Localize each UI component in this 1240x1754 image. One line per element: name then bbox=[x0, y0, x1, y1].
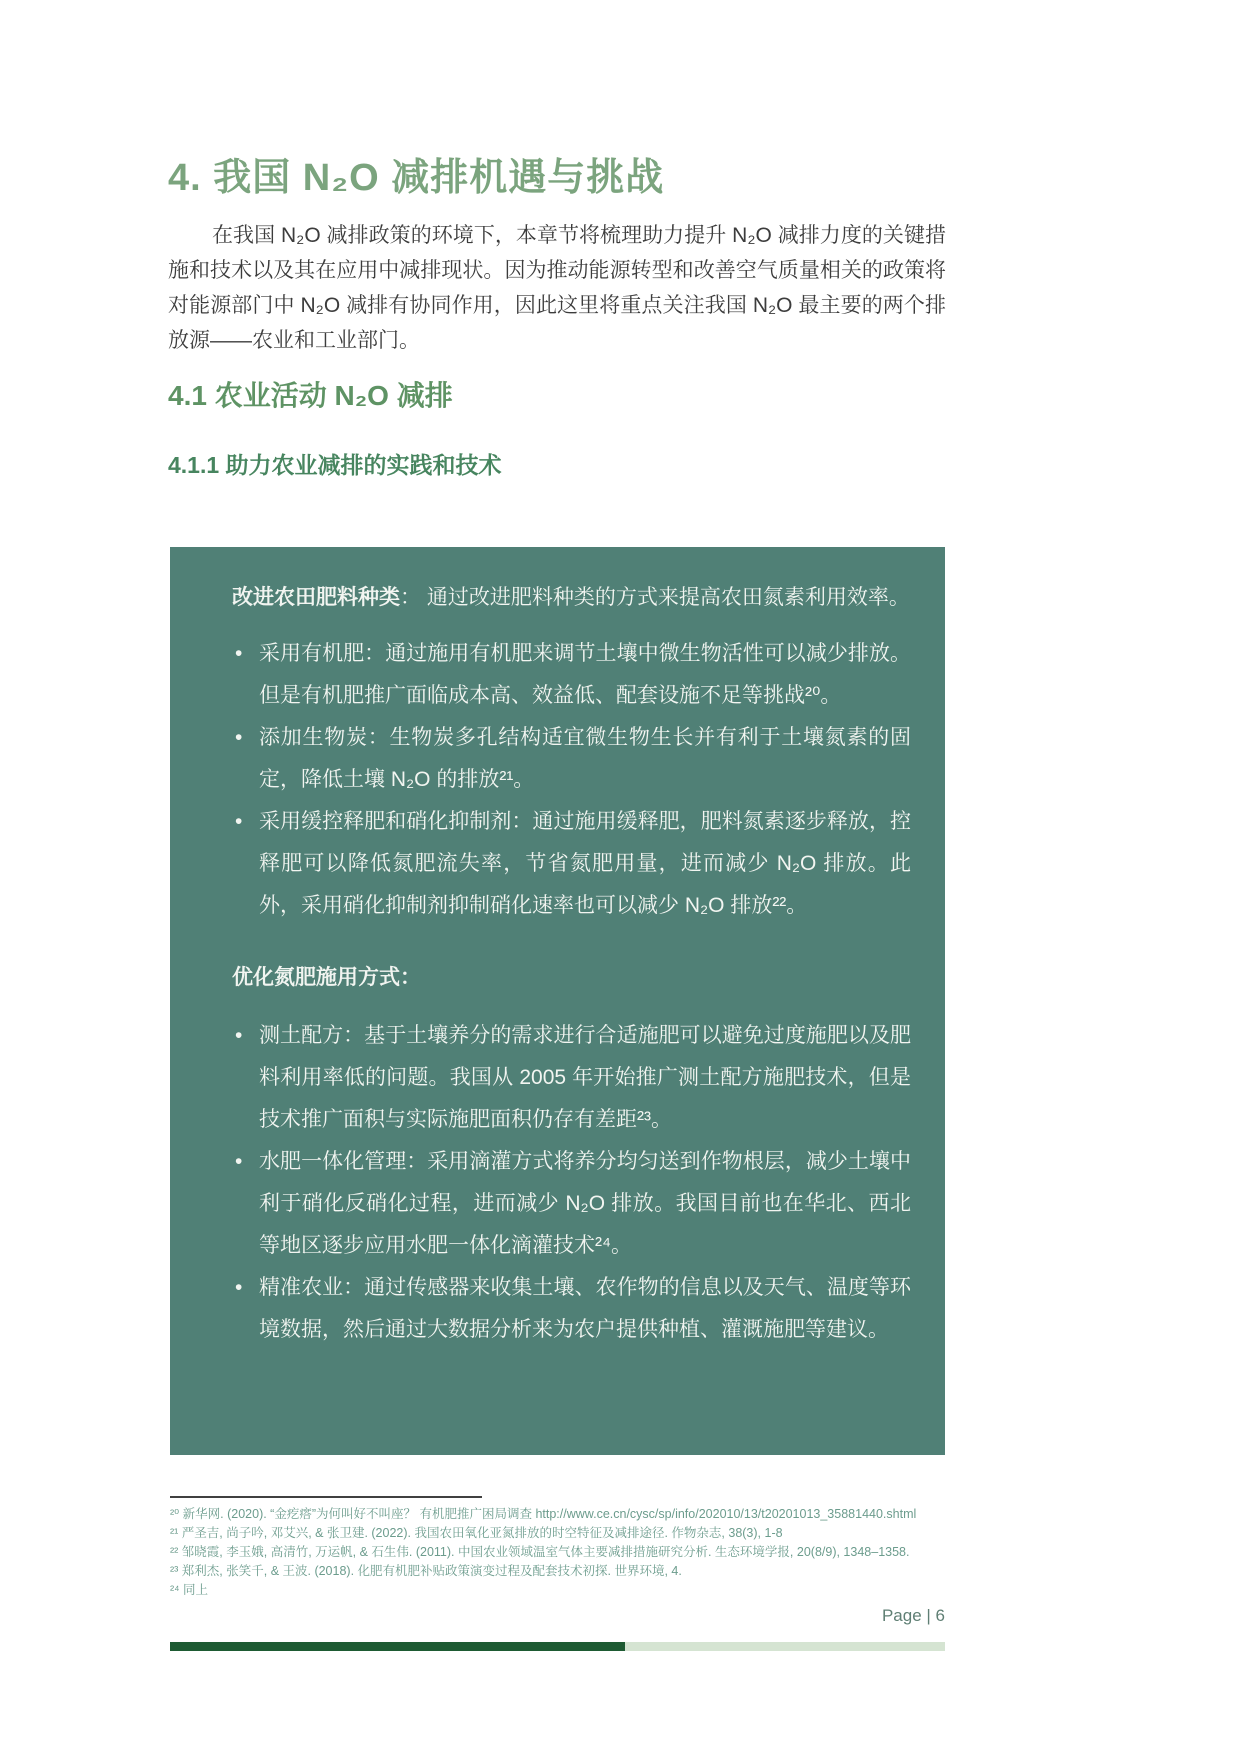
list-item: •采用有机肥：通过施用有机肥来调节土壤中微生物活性可以减少排放。但是有机肥推广面… bbox=[232, 633, 911, 717]
bullet-icon: • bbox=[235, 801, 242, 843]
footnote: ²⁴ 同上 bbox=[170, 1581, 1010, 1600]
list-item-text: 测土配方：基于土壤养分的需求进行合适施肥可以避免过度施肥以及肥料利用率低的问题。… bbox=[259, 1024, 911, 1131]
highlight-box: 改进农田肥料种类： 通过改进肥料种类的方式来提高农田氮素利用效率。 •采用有机肥… bbox=[170, 547, 945, 1455]
bullet-icon: • bbox=[235, 1141, 242, 1183]
document-page: 4. 我国 N₂O 减排机遇与挑战 在我国 N₂O 减排政策的环境下，本章节将梳… bbox=[0, 0, 1240, 1754]
list-item: •添加生物炭：生物炭多孔结构适宜微生物生长并有利于土壤氮素的固定，降低土壤 N₂… bbox=[232, 717, 911, 801]
footnote-text: ²⁰ 新华网. (2020). “金疙瘩”为何叫好不叫座？ 有机肥推广困局调查 bbox=[170, 1507, 535, 1521]
intro-paragraph: 在我国 N₂O 减排政策的环境下，本章节将梳理助力提升 N₂O 减排力度的关键措… bbox=[168, 218, 946, 358]
footnotes-section: ²⁰ 新华网. (2020). “金疙瘩”为何叫好不叫座？ 有机肥推广困局调查 … bbox=[170, 1496, 1010, 1600]
page-title: 4. 我国 N₂O 减排机遇与挑战 bbox=[168, 146, 948, 201]
box-lead-rest: ： 通过改进肥料种类的方式来提高农田氮素利用效率。 bbox=[400, 586, 910, 609]
page-number-label: Page | 6 bbox=[170, 1606, 945, 1626]
bullet-icon: • bbox=[235, 717, 242, 759]
bullet-icon: • bbox=[235, 1015, 242, 1057]
list-item: •测土配方：基于土壤养分的需求进行合适施肥可以避免过度施肥以及肥料利用率低的问题… bbox=[232, 1015, 911, 1141]
bullet-list-application-methods: •测土配方：基于土壤养分的需求进行合适施肥可以避免过度施肥以及肥料利用率低的问题… bbox=[232, 1015, 911, 1351]
box-lead-label: 改进农田肥料种类 bbox=[232, 586, 400, 609]
bullet-icon: • bbox=[235, 1267, 242, 1309]
footnote: ²² 邹晓霞, 李玉娥, 高清竹, 万运帆, & 石生伟. (2011). 中国… bbox=[170, 1543, 1010, 1562]
footnote-separator bbox=[170, 1496, 482, 1498]
list-item-text: 水肥一体化管理：采用滴灌方式将养分均匀送到作物根层，减少土壤中利于硝化反硝化过程… bbox=[259, 1150, 911, 1257]
footer-bar bbox=[170, 1642, 945, 1651]
section-heading-4-1-1: 4.1.1 助力农业减排的实践和技术 bbox=[168, 447, 502, 480]
list-item: •精准农业：通过传感器来收集土壤、农作物的信息以及天气、温度等环境数据，然后通过… bbox=[232, 1267, 911, 1351]
bullet-icon: • bbox=[235, 633, 242, 675]
list-item-text: 添加生物炭：生物炭多孔结构适宜微生物生长并有利于土壤氮素的固定，降低土壤 N₂O… bbox=[259, 726, 911, 791]
footnote: ²¹ 严圣吉, 尚子吟, 邓艾兴, & 张卫建. (2022). 我国农田氧化亚… bbox=[170, 1524, 1010, 1543]
list-item-text: 采用有机肥：通过施用有机肥来调节土壤中微生物活性可以减少排放。但是有机肥推广面临… bbox=[259, 642, 911, 707]
box-lead-application-methods: 优化氮肥施用方式： bbox=[232, 957, 911, 999]
list-item: •采用缓控释肥和硝化抑制剂：通过施用缓释肥，肥料氮素逐步释放，控释肥可以降低氮肥… bbox=[232, 801, 911, 927]
list-item-text: 采用缓控释肥和硝化抑制剂：通过施用缓释肥，肥料氮素逐步释放，控释肥可以降低氮肥流… bbox=[259, 810, 911, 917]
footer-bar-light-segment bbox=[625, 1642, 945, 1651]
box-lead-fertilizer-types: 改进农田肥料种类： 通过改进肥料种类的方式来提高农田氮素利用效率。 bbox=[232, 577, 911, 619]
list-item-text: 精准农业：通过传感器来收集土壤、农作物的信息以及天气、温度等环境数据，然后通过大… bbox=[259, 1276, 911, 1341]
list-item: •水肥一体化管理：采用滴灌方式将养分均匀送到作物根层，减少土壤中利于硝化反硝化过… bbox=[232, 1141, 911, 1267]
footnote: ²³ 郑利杰, 张笑千, & 王波. (2018). 化肥有机肥补贴政策演变过程… bbox=[170, 1562, 1010, 1581]
footer-bar-dark-segment bbox=[170, 1642, 625, 1651]
section-heading-4-1: 4.1 农业活动 N₂O 减排 bbox=[168, 374, 453, 414]
footnote-link[interactable]: http://www.ce.cn/cysc/sp/info/202010/13/… bbox=[535, 1507, 916, 1521]
bullet-list-fertilizer-types: •采用有机肥：通过施用有机肥来调节土壤中微生物活性可以减少排放。但是有机肥推广面… bbox=[232, 633, 911, 927]
footnote: ²⁰ 新华网. (2020). “金疙瘩”为何叫好不叫座？ 有机肥推广困局调查 … bbox=[170, 1505, 1010, 1524]
